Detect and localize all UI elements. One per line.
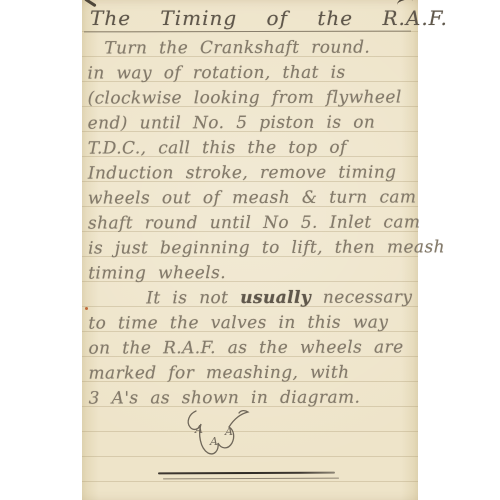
gear-mesh-sketch: A A A [182, 405, 262, 463]
gear-label-a1: A [194, 423, 203, 436]
gear-label-a3: A [224, 425, 233, 438]
handwritten-line: wheels out of meash & turn cam [88, 185, 414, 211]
handwritten-line: to time the valves in this way [88, 310, 414, 336]
end-rule-primary [158, 472, 335, 475]
handwritten-line: Induction stroke, remove timing [88, 160, 414, 186]
line-text: It is not [146, 288, 240, 308]
handwritten-line: end) until No. 5 piston is on [88, 110, 414, 136]
title-underline [84, 31, 411, 33]
photo-background: The Timing of the R.A.F. Turn the Cranks… [0, 0, 500, 500]
handwritten-line: marked for meashing, with [88, 360, 414, 386]
page-title: The Timing of the R.A.F. [90, 6, 412, 32]
handwritten-line: (clockwise looking from flywheel [88, 85, 414, 111]
handwritten-line: shaft round until No 5. Inlet cam [88, 210, 414, 236]
handwritten-line: Turn the Crankshaft round. [87, 35, 413, 61]
handwritten-line: T.D.C., call this the top of [88, 135, 414, 161]
handwritten-line: It is not usually necessary [88, 285, 414, 311]
notebook-page: The Timing of the R.A.F. Turn the Cranks… [82, 0, 418, 500]
gear-label-a2: A [209, 435, 218, 448]
handwritten-line: timing wheels. [88, 260, 414, 286]
end-rule-secondary [163, 478, 339, 480]
emphasized-word: usually [240, 288, 311, 308]
note-body: Turn the Crankshaft round. in way of rot… [87, 35, 414, 411]
line-text: necessary [311, 287, 412, 307]
handwritten-line: in way of rotation, that is [87, 60, 413, 86]
handwritten-line: on the R.A.F. as the wheels are [88, 335, 414, 361]
handwritten-line: is just beginning to lift, then meash [88, 235, 414, 261]
